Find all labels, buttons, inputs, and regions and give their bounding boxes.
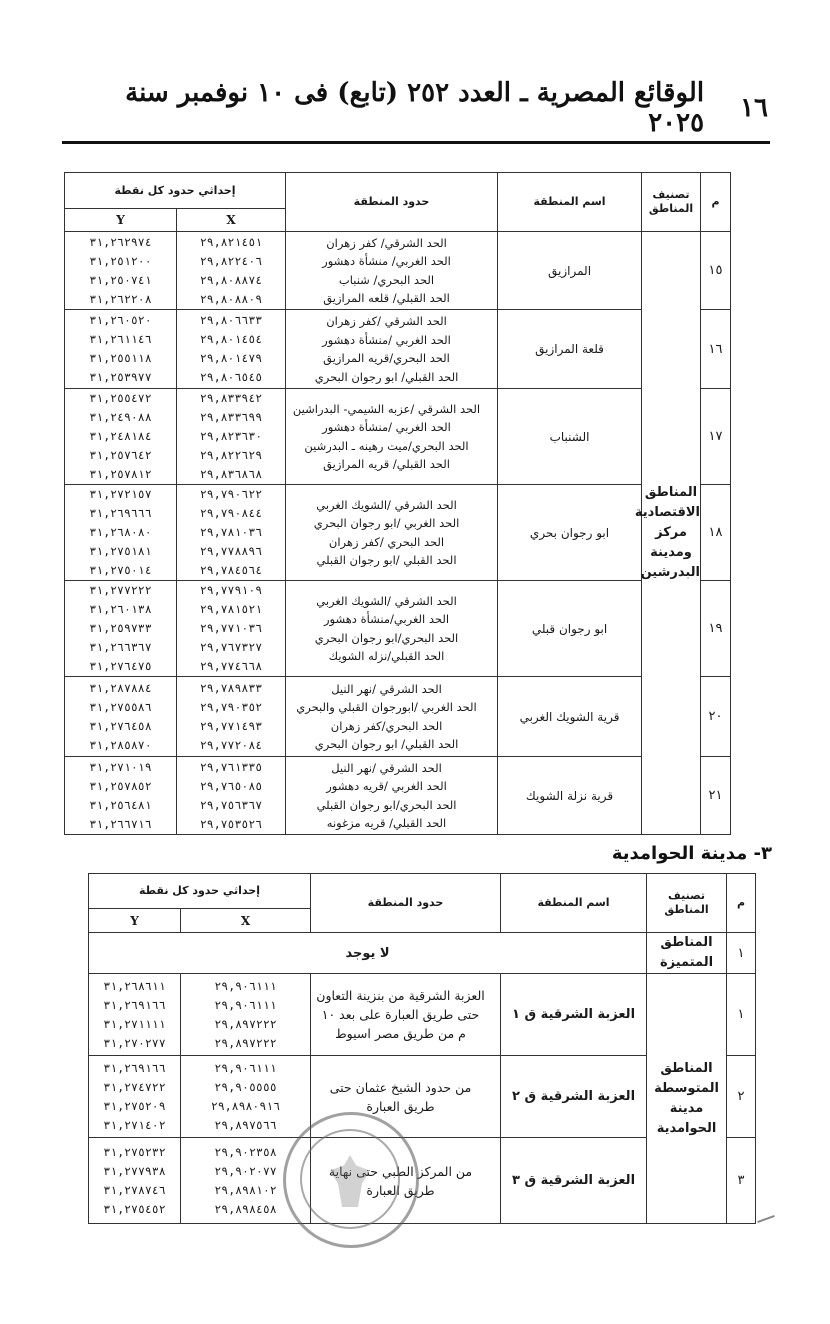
coordinate-y-value: ٣١,٢٧٥٢٣٢: [89, 1143, 180, 1162]
header-coordinates: إحداثي حدود كل نقطة: [89, 874, 311, 909]
coordinate-y-value: ٣١,٢٦٨٦١١: [89, 977, 180, 996]
coordinate-x-list: ٢٩,٧٦١٣٣٥٢٩,٧٦٥٠٨٥٢٩,٧٥٦٣٦٧٢٩,٧٥٣٥٢٦: [177, 757, 286, 835]
coordinate-x-value: ٢٩,٧٩٠٣٥٢: [177, 698, 285, 717]
coordinate-x-value: ٢٩,٨٠٦٥٤٥: [177, 368, 285, 387]
coordinate-y-value: ٣١,٢٦٩١٦٦: [89, 996, 180, 1015]
coordinate-x-value: ٢٩,٩٠٢٠٧٧: [181, 1162, 310, 1181]
coordinate-x-value: ٢٩,٨٠١٤٥٤: [177, 330, 285, 349]
coordinate-y-value: ٣١,٢٦٨٠٨٠: [65, 523, 176, 542]
border-line: الحد الغربي /قريه دهشور: [286, 777, 487, 796]
header-classification: تصنيف المناطق: [642, 173, 701, 232]
zone-borders: العزبة الشرقية من بنزينة التعاونحتى طريق…: [311, 974, 501, 1056]
table-row: ١٨ابو رجوان بحريالحد الشرقي /الشويك الغر…: [65, 485, 731, 581]
header-m: م: [701, 173, 731, 232]
coordinate-y-value: ٣١,٢٦٠١٣٨: [65, 600, 176, 619]
coordinate-x-value: ٢٩,٧٧٩١٠٩: [177, 581, 285, 600]
row-number: ١: [727, 933, 756, 974]
header-coordinates: إحداثي حدود كل نقطة: [65, 173, 286, 209]
gazette-title: الوقائع المصرية ـ العدد ٢٥٢ (تابع) فى ١٠…: [100, 78, 704, 138]
border-line: الحد الغربي /منشأة دهشور: [286, 331, 487, 350]
coordinate-x-value: ٢٩,٨٢١٤٥١: [177, 233, 285, 252]
table-row: ١المناطق المتوسطة مدينة الحوامديةالعزبة …: [89, 974, 756, 1056]
header-x: X: [177, 209, 286, 232]
coordinate-y-value: ٣١,٢٦٦٧١٦: [65, 815, 176, 834]
coordinate-y-value: ٣١,٢٦٩١٦٦: [89, 1059, 180, 1078]
coordinate-x-list: ٢٩,٧٨٩٨٣٣٢٩,٧٩٠٣٥٢٢٩,٧٧١٤٩٣٢٩,٧٧٢٠٨٤: [177, 677, 286, 757]
coordinate-y-value: ٣١,٢٦٩٦٦٦: [65, 504, 176, 523]
coordinate-y-value: ٣١,٢٧٥٢٠٩: [89, 1097, 180, 1116]
coordinate-x-value: ٢٩,٨٣٣٩٤٢: [177, 389, 285, 408]
none-value: لا يوجد: [89, 933, 647, 974]
coordinate-x-value: ٢٩,٧٨٤٥٦٤: [177, 561, 285, 580]
header-classification: تصنيف المناطق: [647, 874, 727, 933]
coordinate-y-value: ٣١,٢٧٥٤٥٢: [89, 1200, 180, 1219]
coordinate-x-value: ٢٩,٧٧١٠٣٦: [177, 619, 285, 638]
section-title-hawamdia: ٣- مدينة الحوامدية: [560, 843, 772, 871]
border-line: الحد البحري/ابو رجوان القبلي: [286, 796, 487, 815]
coordinate-x-value: ٢٩,٨٢٢٦٢٩: [177, 446, 285, 465]
coordinate-x-value: ٢٩,٧٧١٤٩٣: [177, 717, 285, 736]
header-y: Y: [89, 909, 181, 933]
zone-name: قلعة المرازيق: [498, 310, 642, 389]
header-x: X: [181, 909, 311, 933]
coordinate-x-value: ٢٩,٨٩٧٢٢٢: [181, 1015, 310, 1034]
coordinate-x-value: ٢٩,٩٠٦١١١: [181, 1059, 310, 1078]
zone-name: قرية نزلة الشويك: [498, 757, 642, 835]
coordinate-x-value: ٢٩,٧٦٧٣٢٧: [177, 638, 285, 657]
header-zone-borders: حدود المنطقة: [311, 874, 501, 933]
header-zone-name: اسم المنطقة: [498, 173, 642, 232]
coordinate-y-value: ٣١,٢٥٧٦٤٢: [65, 446, 176, 465]
page-header: ١٦ الوقائع المصرية ـ العدد ٢٥٢ (تابع) فى…: [100, 88, 780, 128]
border-line: الحد الشرقي /نهر النيل: [286, 680, 487, 699]
border-line: الحد القبلي/نزله الشويك: [286, 647, 487, 666]
row-number: ١٥: [701, 232, 731, 310]
table-row: ٢١قرية نزلة الشويكالحد الشرقي /نهر النيل…: [65, 757, 731, 835]
coordinate-y-value: ٣١,٢٥٥١١٨: [65, 349, 176, 368]
coordinate-y-value: ٣١,٢٥٥٤٧٢: [65, 389, 176, 408]
coordinate-x-value: ٢٩,٨٠٦٦٣٣: [177, 311, 285, 330]
border-line: الحد الغربي /ابورجوان القبلي والبحري: [286, 698, 487, 717]
hawamdia-zones-table: م تصنيف المناطق اسم المنطقة حدود المنطقة…: [88, 873, 756, 1224]
coordinate-x-value: ٢٩,٨٣٣٦٩٩: [177, 408, 285, 427]
row-number: ١٩: [701, 581, 731, 677]
row-number: ١٨: [701, 485, 731, 581]
coordinate-y-value: ٣١,٢٧٧٩٣٨: [89, 1162, 180, 1181]
border-line: الحد البحري/ابو رجوان البحري: [286, 629, 487, 648]
border-line: الحد الشرقي /الشويك الغربي: [286, 496, 487, 515]
zone-name: الشنباب: [498, 389, 642, 485]
coordinate-y-value: ٣١,٢٦١١٤٦: [65, 330, 176, 349]
coordinate-x-value: ٢٩,٧٧٨٨٩٦: [177, 542, 285, 561]
border-line: طريق العبارة: [311, 1181, 490, 1200]
border-line: الحد البحري/كفر زهران: [286, 717, 487, 736]
coordinate-y-value: ٣١,٢٧٦٤٥٨: [65, 717, 176, 736]
table-row: ١٦قلعة المرازيقالحد الشرقي /كفر زهرانالح…: [65, 310, 731, 389]
coordinate-x-list: ٢٩,٨٣٣٩٤٢٢٩,٨٣٣٦٩٩٢٩,٨٢٣٦٣٠٢٩,٨٢٢٦٢٩٢٩,٨…: [177, 389, 286, 485]
coordinate-x-value: ٢٩,٨٠١٤٧٩: [177, 349, 285, 368]
coordinate-y-value: ٣١,٢٤٨١٨٤: [65, 427, 176, 446]
border-line: الحد القبلي /ابو رجوان القبلي: [286, 551, 487, 570]
coordinate-x-value: ٢٩,٧٨١٠٣٦: [177, 523, 285, 542]
table-row: ١٩ابو رجوان قبليالحد الشرقي /الشويك الغر…: [65, 581, 731, 677]
row-number: ٢١: [701, 757, 731, 835]
row-number: ٢: [727, 1056, 756, 1138]
zone-borders: الحد الشرقي /الشويك الغربيالحد الغربي /ا…: [286, 485, 498, 581]
header-divider: [62, 141, 770, 144]
coordinate-y-value: ٣١,٢٧٦٤٧٥: [65, 657, 176, 676]
border-line: الحد الشرقي /كفر زهران: [286, 312, 487, 331]
coordinate-y-value: ٣١,٢٧٥٠١٤: [65, 561, 176, 580]
zone-borders: الحد الشرقي /الشويك الغربيالحد الغربي/من…: [286, 581, 498, 677]
border-line: الحد القبلي/ ابو رجوان البحري: [286, 368, 487, 387]
zone-borders: من حدود الشيخ عثمان حتىطريق العبارة: [311, 1056, 501, 1138]
coordinate-x-value: ٢٩,٨٩٧٢٢٢: [181, 1034, 310, 1053]
coordinate-y-list: ٣١,٢٦٠٥٢٠٣١,٢٦١١٤٦٣١,٢٥٥١١٨٣١,٢٥٣٩٧٧: [65, 310, 177, 389]
distinguished-zones-row: ١ المناطق المتميزة لا يوجد: [89, 933, 756, 974]
coordinate-y-value: ٣١,٢٧١٠١٩: [65, 758, 176, 777]
border-line: من حدود الشيخ عثمان حتى: [311, 1078, 490, 1097]
page-number: ١٦: [740, 93, 768, 123]
coordinate-x-value: ٢٩,٩٠٦١١١: [181, 996, 310, 1015]
coordinate-y-value: ٣١,٢٥٧٨٥٢: [65, 777, 176, 796]
row-number: ١٦: [701, 310, 731, 389]
row-number: ١: [727, 974, 756, 1056]
header-m: م: [727, 874, 756, 933]
border-line: من المركز الطبي حتى نهاية: [311, 1162, 490, 1181]
coordinate-y-value: ٣١,٢٧٥١٨١: [65, 542, 176, 561]
border-line: الحد القبلي/ قلعه المرازيق: [286, 289, 487, 308]
coordinate-x-value: ٢٩,٧٨٩٨٣٣: [177, 679, 285, 698]
zone-name: ابو رجوان بحري: [498, 485, 642, 581]
row-number: ٢٠: [701, 677, 731, 757]
coordinate-x-value: ٢٩,٨٩٨٠٩١٦: [181, 1097, 310, 1116]
coordinate-y-list: ٣١,٢٧٧٢٢٢٣١,٢٦٠١٣٨٣١,٢٥٩٧٣٣٣١,٢٦٦٣٦٧٣١,٢…: [65, 581, 177, 677]
border-line: الحد البحري /كفر زهران: [286, 533, 487, 552]
coordinate-x-list: ٢٩,٨٢١٤٥١٢٩,٨٢٢٤٠٦٢٩,٨٠٨٨٧٤٢٩,٨٠٨٨٠٩: [177, 232, 286, 310]
coordinate-y-list: ٣١,٢٨٧٨٨٤٣١,٢٧٥٥٨٦٣١,٢٧٦٤٥٨٣١,٢٨٥٨٧٠: [65, 677, 177, 757]
coordinate-x-value: ٢٩,٧٥٣٥٢٦: [177, 815, 285, 834]
coordinate-y-value: ٣١,٢٧٥٥٨٦: [65, 698, 176, 717]
coordinate-y-value: ٣١,٢٥٦٤٨١: [65, 796, 176, 815]
coordinate-y-list: ٣١,٢٧١٠١٩٣١,٢٥٧٨٥٢٣١,٢٥٦٤٨١٣١,٢٦٦٧١٦: [65, 757, 177, 835]
coordinate-y-value: ٣١,٢٧٧٢٢٢: [65, 581, 176, 600]
coordinate-x-value: ٢٩,٩٠٢٣٥٨: [181, 1143, 310, 1162]
header-zone-name: اسم المنطقة: [501, 874, 647, 933]
economic-zones-table: م تصنيف المناطق اسم المنطقة حدود المنطقة…: [64, 172, 731, 835]
border-line: الحد القبلي/ ابو رجوان البحري: [286, 735, 487, 754]
border-line: الحد القبلي/ قريه المرازيق: [286, 455, 487, 474]
coordinate-x-value: ٢٩,٧٧٤٦٦٨: [177, 657, 285, 676]
border-line: الحد الغربي/ منشأة دهشور: [286, 252, 487, 271]
border-line: م من طريق مصر اسيوط: [311, 1024, 490, 1043]
coordinate-x-value: ٢٩,٧٥٦٣٦٧: [177, 796, 285, 815]
coordinate-x-list: ٢٩,٧٩٠٦٢٢٢٩,٧٩٠٨٤٤٢٩,٧٨١٠٣٦٢٩,٧٧٨٨٩٦٢٩,٧…: [177, 485, 286, 581]
coordinate-y-list: ٣١,٢٦٩١٦٦٣١,٢٧٤٧٢٢٣١,٢٧٥٢٠٩٣١,٢٧١٤٠٢: [89, 1056, 181, 1138]
zone-name: ابو رجوان قبلي: [498, 581, 642, 677]
zone-borders: الحد الشرقي /نهر النيلالحد الغربي /قريه …: [286, 757, 498, 835]
coordinate-x-list: ٢٩,٨٠٦٦٣٣٢٩,٨٠١٤٥٤٢٩,٨٠١٤٧٩٢٩,٨٠٦٥٤٥: [177, 310, 286, 389]
zone-borders: من المركز الطبي حتى نهايةطريق العبارة: [311, 1138, 501, 1224]
zone-borders: الحد الشرقي /عزبه الشيمي- البدراشينالحد …: [286, 389, 498, 485]
coordinate-x-value: ٢٩,٧٨١٥٢١: [177, 600, 285, 619]
zone-borders: الحد الشرقي /نهر النيلالحد الغربي /ابورج…: [286, 677, 498, 757]
scan-artifact: [757, 1215, 775, 1223]
coordinate-x-value: ٢٩,٨٠٨٨٧٤: [177, 271, 285, 290]
coordinate-x-value: ٢٩,٨٣٦٨٦٨: [177, 465, 285, 484]
coordinate-x-value: ٢٩,٧٧٢٠٨٤: [177, 736, 285, 755]
border-line: العزبة الشرقية من بنزينة التعاون: [311, 986, 490, 1005]
coordinate-x-value: ٢٩,٨٩٧٥٦٦: [181, 1116, 310, 1135]
coordinate-x-value: ٢٩,٨٠٨٨٠٩: [177, 290, 285, 309]
border-line: الحد القبلي/ قريه مزغونه: [286, 814, 487, 833]
table-row: ١٥المناطق الاقتصادية مركز ومدينة البدرشي…: [65, 232, 731, 310]
coordinate-y-value: ٣١,٢٧١١١١: [89, 1015, 180, 1034]
border-line: طريق العبارة: [311, 1097, 490, 1116]
coordinate-y-value: ٣١,٢٥٣٩٧٧: [65, 368, 176, 387]
coordinate-y-list: ٣١,٢٦٢٩٧٤٣١,٢٥١٢٠٠٣١,٢٥٠٧٤١٣١,٢٦٢٢٠٨: [65, 232, 177, 310]
coordinate-y-value: ٣١,٢٧٤٧٢٢: [89, 1078, 180, 1097]
border-line: حتى طريق العبارة على بعد ١٠: [311, 1005, 490, 1024]
coordinate-x-value: ٢٩,٧٩٠٦٢٢: [177, 485, 285, 504]
coordinate-x-value: ٢٩,٩٠٥٥٥٥: [181, 1078, 310, 1097]
border-line: الحد الغربي /منشأة دهشور: [286, 418, 487, 437]
coordinate-y-value: ٣١,٢٥٠٧٤١: [65, 271, 176, 290]
zone-name: العزبة الشرقية ق ٣: [501, 1138, 647, 1224]
coordinate-x-list: ٢٩,٩٠٢٣٥٨٢٩,٩٠٢٠٧٧٢٩,٨٩٨١٠٢٢٩,٨٩٨٤٥٨: [181, 1138, 311, 1224]
coordinate-x-list: ٢٩,٩٠٦١١١٢٩,٩٠٦١١١٢٩,٨٩٧٢٢٢٢٩,٨٩٧٢٢٢: [181, 974, 311, 1056]
table-row: ٢٠قرية الشويك الغربيالحد الشرقي /نهر الن…: [65, 677, 731, 757]
zone-name: المرازيق: [498, 232, 642, 310]
coordinate-y-value: ٣١,٢٧٠٢٧٧: [89, 1034, 180, 1053]
border-line: الحد الغربي /ابو رجوان البحري: [286, 514, 487, 533]
coordinate-x-value: ٢٩,٧٩٠٨٤٤: [177, 504, 285, 523]
coordinate-x-list: ٢٩,٩٠٦١١١٢٩,٩٠٥٥٥٥٢٩,٨٩٨٠٩١٦٢٩,٨٩٧٥٦٦: [181, 1056, 311, 1138]
coordinate-x-value: ٢٩,٧٦٥٠٨٥: [177, 777, 285, 796]
row-number: ٣: [727, 1138, 756, 1224]
table-row: ١٧الشنبابالحد الشرقي /عزبه الشيمي- البدر…: [65, 389, 731, 485]
border-line: الحد البحري/ شنباب: [286, 271, 487, 290]
coordinate-y-list: ٣١,٢٥٥٤٧٢٣١,٢٤٩٠٨٨٣١,٢٤٨١٨٤٣١,٢٥٧٦٤٢٣١,٢…: [65, 389, 177, 485]
border-line: الحد البحري/ميت رهينه ـ البدرشين: [286, 437, 487, 456]
border-line: الحد الغربي/منشأة دهشور: [286, 610, 487, 629]
coordinate-y-value: ٣١,٢٧١٤٠٢: [89, 1116, 180, 1135]
coordinate-y-value: ٣١,٢٧٨٧٤٦: [89, 1181, 180, 1200]
coordinate-y-value: ٣١,٢٨٥٨٧٠: [65, 736, 176, 755]
coordinate-y-value: ٣١,٢٦٢٩٧٤: [65, 233, 176, 252]
coordinate-x-value: ٢٩,٧٦١٣٣٥: [177, 758, 285, 777]
coordinate-y-list: ٣١,٢٧٥٢٣٢٣١,٢٧٧٩٣٨٣١,٢٧٨٧٤٦٣١,٢٧٥٤٥٢: [89, 1138, 181, 1224]
coordinate-y-value: ٣١,٢٧٢١٥٧: [65, 485, 176, 504]
zone-borders: الحد الشرقي/ كفر زهرانالحد الغربي/ منشأة…: [286, 232, 498, 310]
coordinate-y-list: ٣١,٢٧٢١٥٧٣١,٢٦٩٦٦٦٣١,٢٦٨٠٨٠٣١,٢٧٥١٨١٣١,٢…: [65, 485, 177, 581]
border-line: الحد الشرقي /عزبه الشيمي- البدراشين: [286, 400, 487, 419]
border-line: الحد الشرقي /الشويك الغربي: [286, 592, 487, 611]
coordinate-y-value: ٣١,٢٦٢٢٠٨: [65, 290, 176, 309]
coordinate-x-value: ٢٩,٨٢٢٤٠٦: [177, 252, 285, 271]
zone-borders: الحد الشرقي /كفر زهرانالحد الغربي /منشأة…: [286, 310, 498, 389]
coordinate-y-value: ٣١,٢٤٩٠٨٨: [65, 408, 176, 427]
coordinate-y-value: ٣١,٢٥٩٧٣٣: [65, 619, 176, 638]
coordinate-y-value: ٣١,٢٥١٢٠٠: [65, 252, 176, 271]
zone-classification: المناطق الاقتصادية مركز ومدينة البدرشين: [642, 232, 701, 835]
row-number: ١٧: [701, 389, 731, 485]
coordinate-x-value: ٢٩,٩٠٦١١١: [181, 977, 310, 996]
coordinate-y-value: ٣١,٢٥٧٨١٢: [65, 465, 176, 484]
header-zone-borders: حدود المنطقة: [286, 173, 498, 232]
coordinate-x-list: ٢٩,٧٧٩١٠٩٢٩,٧٨١٥٢١٢٩,٧٧١٠٣٦٢٩,٧٦٧٣٢٧٢٩,٧…: [177, 581, 286, 677]
coordinate-x-value: ٢٩,٨٢٣٦٣٠: [177, 427, 285, 446]
zone-name: العزبة الشرقية ق ٢: [501, 1056, 647, 1138]
border-line: الحد الشرقي/ كفر زهران: [286, 234, 487, 253]
coordinate-x-value: ٢٩,٨٩٨٤٥٨: [181, 1200, 310, 1219]
zone-classification: المناطق المتميزة: [647, 933, 727, 974]
zone-name: العزبة الشرقية ق ١: [501, 974, 647, 1056]
border-line: الحد الشرقي /نهر النيل: [286, 759, 487, 778]
coordinate-y-value: ٣١,٢٨٧٨٨٤: [65, 679, 176, 698]
coordinate-y-value: ٣١,٢٦٦٣٦٧: [65, 638, 176, 657]
coordinate-x-value: ٢٩,٨٩٨١٠٢: [181, 1181, 310, 1200]
zone-name: قرية الشويك الغربي: [498, 677, 642, 757]
zone-classification: المناطق المتوسطة مدينة الحوامدية: [647, 974, 727, 1224]
coordinate-y-value: ٣١,٢٦٠٥٢٠: [65, 311, 176, 330]
header-y: Y: [65, 209, 177, 232]
coordinate-y-list: ٣١,٢٦٨٦١١٣١,٢٦٩١٦٦٣١,٢٧١١١١٣١,٢٧٠٢٧٧: [89, 974, 181, 1056]
border-line: الحد البحري/قريه المرازيق: [286, 349, 487, 368]
